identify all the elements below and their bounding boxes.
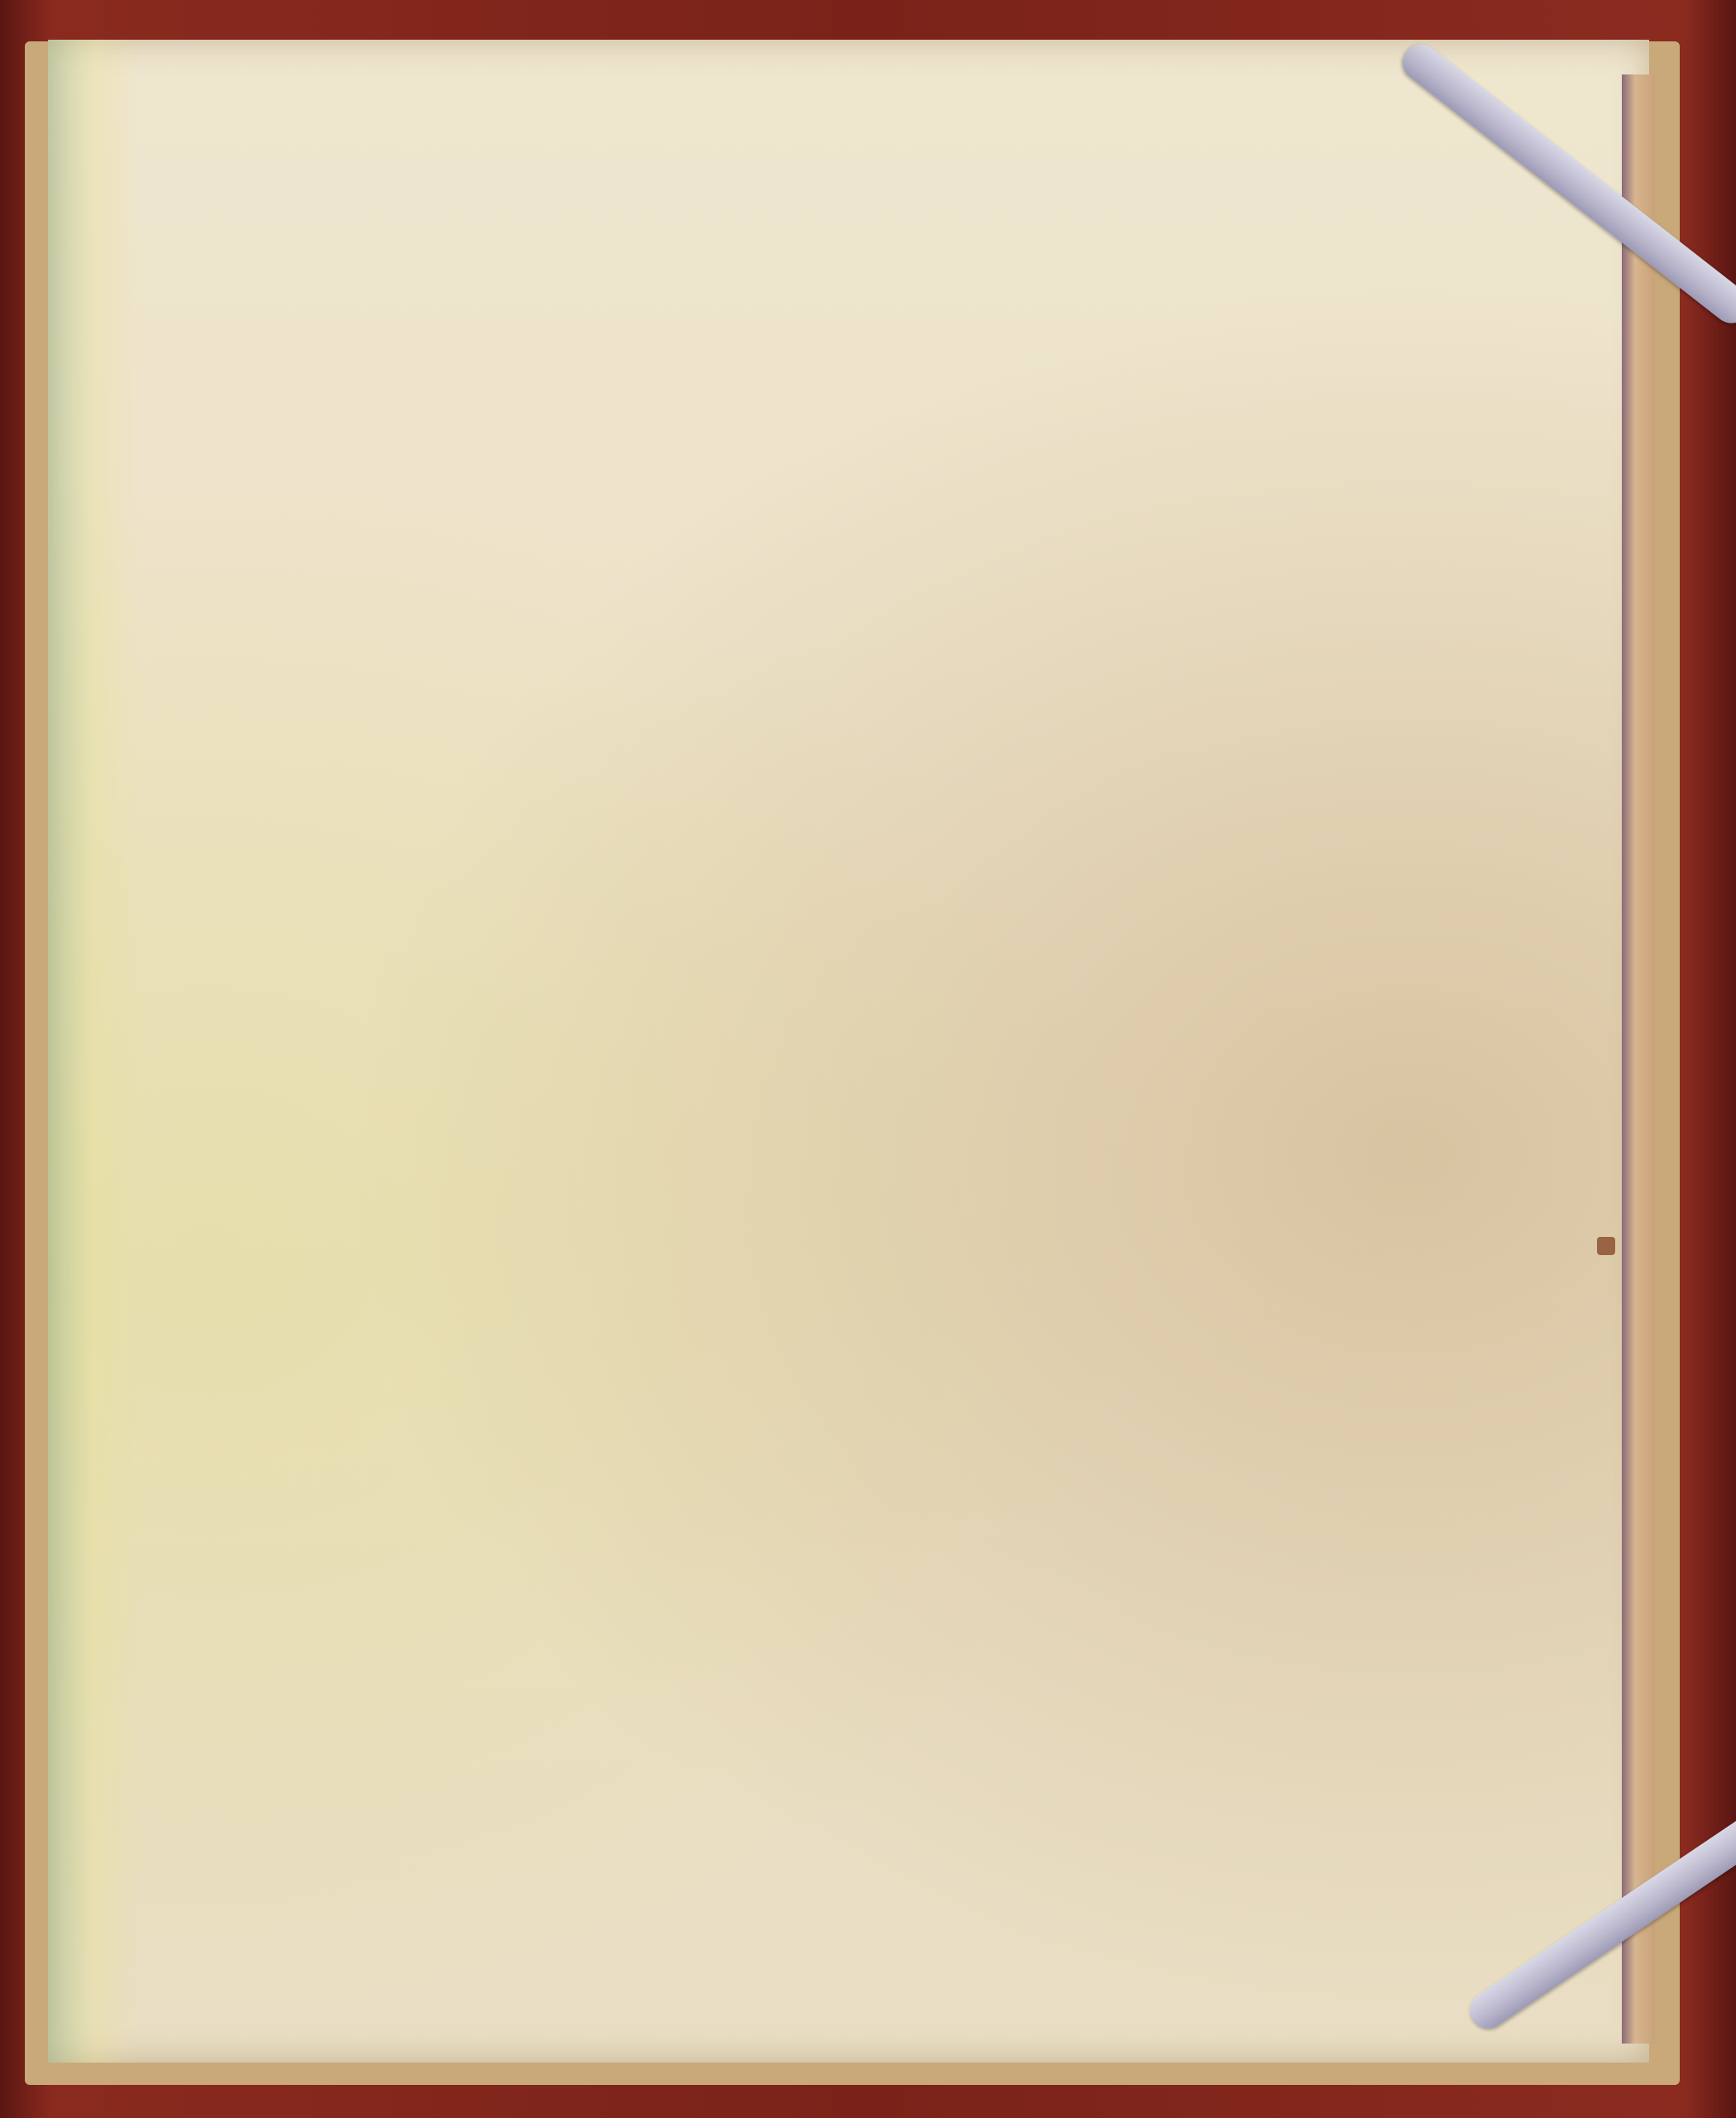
wax-stain bbox=[1597, 1237, 1615, 1255]
manuscript-folio bbox=[48, 40, 1649, 2063]
folio-right-edge bbox=[1622, 74, 1655, 2044]
